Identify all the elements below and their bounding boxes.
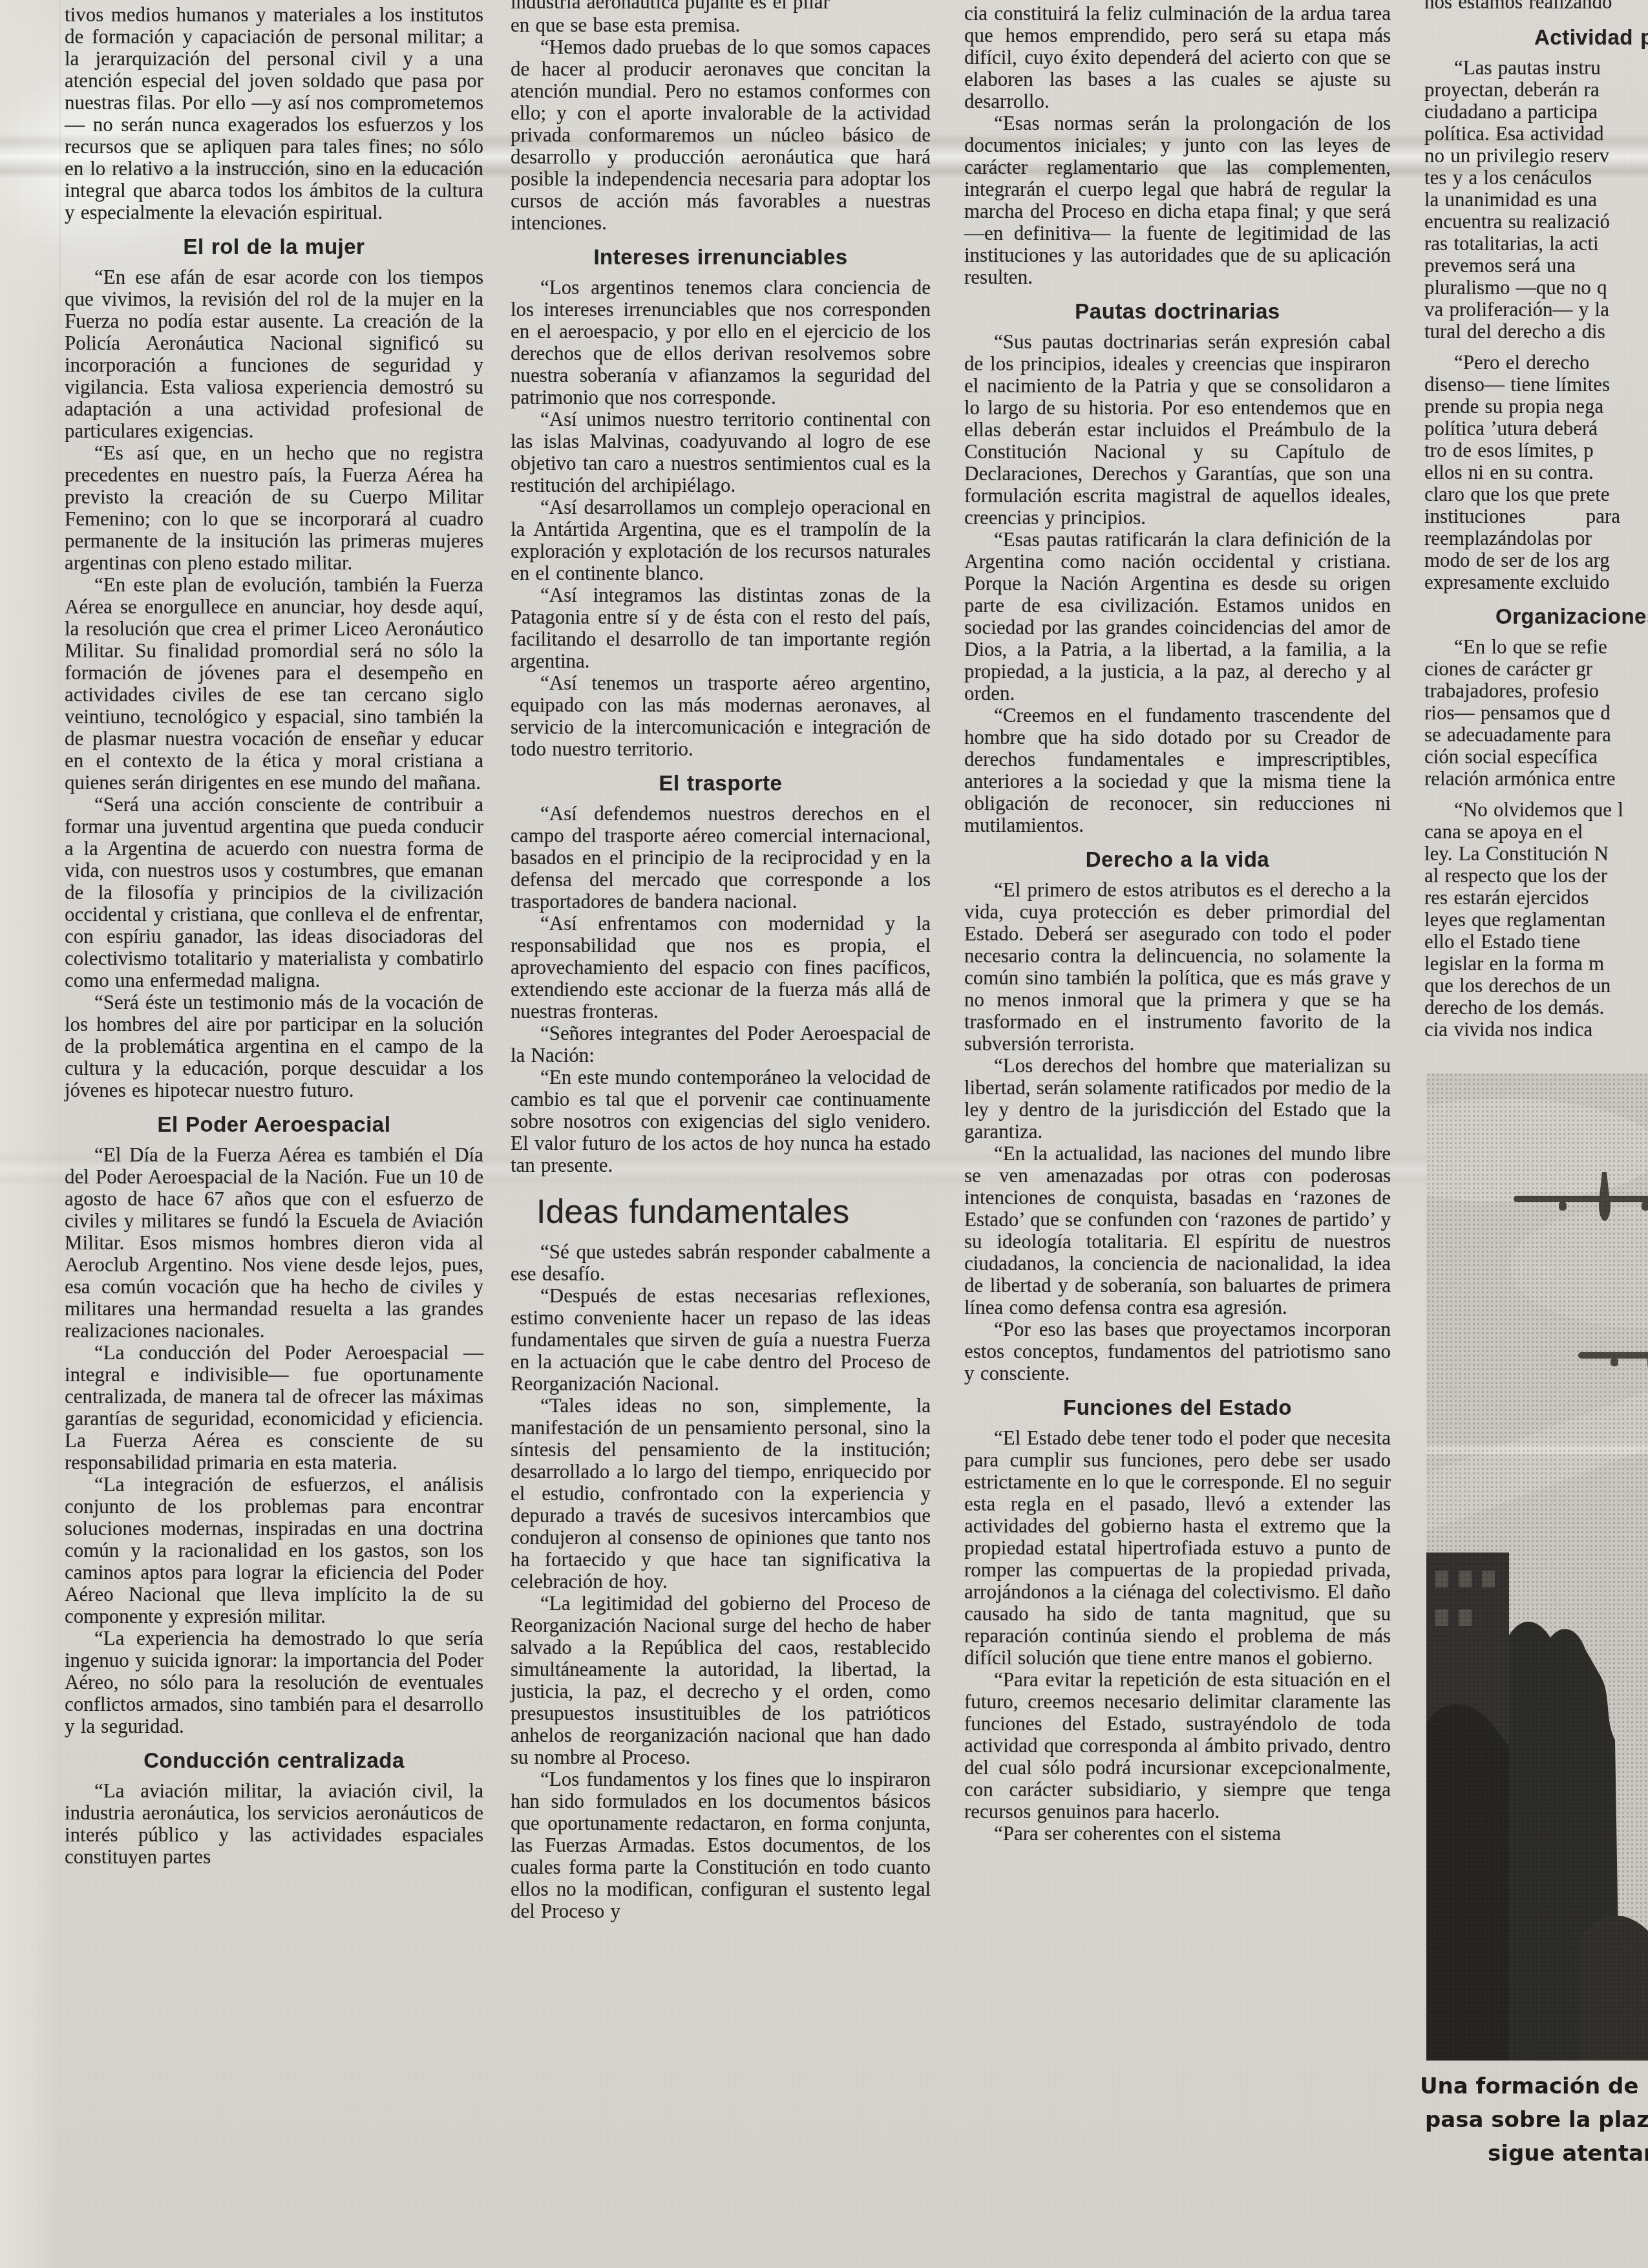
clipped-line: ciudadano a participa bbox=[1424, 101, 1648, 123]
clipped-line: legislar en la forma m bbox=[1424, 953, 1648, 975]
clipped-line: tural del derecho a dis bbox=[1424, 321, 1648, 343]
clipped-line: ciones de carácter gr bbox=[1424, 658, 1648, 680]
paragraph: “Así unimos nuestro territorio continent… bbox=[511, 408, 931, 496]
photo-caption-line: sigue atentamen bbox=[1488, 2137, 1648, 2170]
paragraph: “Por eso las bases que proyectamos incor… bbox=[964, 1319, 1391, 1384]
section-heading: El trasporte bbox=[511, 770, 931, 796]
paragraph: “Tales ideas no son, simplemente, la man… bbox=[511, 1395, 931, 1593]
clipped-line: trabajadores, profesio bbox=[1424, 680, 1648, 702]
photo-caption-line: Una formación de IA-5 bbox=[1420, 2070, 1648, 2103]
photo-caption: Una formación de IA-5 pasa sobre la plaz… bbox=[1420, 2070, 1648, 2170]
clipped-line: ley. La Constitución N bbox=[1424, 843, 1648, 865]
paragraph: “Para ser coherentes con el sistema bbox=[964, 1823, 1391, 1845]
clipped-line: política. Esa actividad bbox=[1424, 123, 1648, 145]
clipped-line: “Pero el derecho bbox=[1424, 352, 1648, 374]
article-subheadline: Ideas fundamentales bbox=[511, 1193, 931, 1231]
clipped-top-line: nos estamos realizando bbox=[1424, 0, 1648, 14]
paragraph: “Así integramos las distintas zonas de l… bbox=[511, 584, 931, 672]
clipped-line: la unanimidad es una bbox=[1424, 189, 1648, 211]
paragraph: “En ese afán de esar acorde con los tiem… bbox=[65, 266, 483, 442]
paragraph: “Será éste un testimonio más de la vocac… bbox=[65, 991, 483, 1101]
clipped-line: expresamente excluido bbox=[1424, 571, 1648, 593]
section-heading: Conducción centralizada bbox=[65, 1748, 483, 1774]
clipped-line: relación armónica entre bbox=[1424, 768, 1648, 790]
paragraph: “Así tenemos un trasporte aéreo argentin… bbox=[511, 672, 931, 760]
article-column-4: nos estamos realizandoActividad p“Las pa… bbox=[1424, 0, 1648, 1060]
section-heading: Organizaciones bbox=[1424, 604, 1648, 630]
clipped-top-line: industria aeronáutica pujante es el pila… bbox=[511, 0, 931, 14]
clipped-line: res estarán ejercidos bbox=[1424, 887, 1648, 909]
section-heading: El rol de la mujer bbox=[65, 234, 483, 260]
paragraph-gap bbox=[1424, 343, 1648, 352]
paragraph-continuation: cia constituirá la feliz culminación de … bbox=[964, 3, 1391, 112]
clipped-line: no un privilegio reserv bbox=[1424, 145, 1648, 167]
paragraph: “Los argentinos tenemos clara conciencia… bbox=[511, 277, 931, 408]
paragraph: “Señores integrantes del Poder Aeroespac… bbox=[511, 1023, 931, 1066]
paragraph-continuation: tivos medios humanos y materiales a los … bbox=[65, 4, 483, 224]
section-heading: Funciones del Estado bbox=[964, 1395, 1391, 1421]
clipped-line: ellos ni en su contra. bbox=[1424, 461, 1648, 483]
paragraph: “Esas normas serán la prolongación de lo… bbox=[964, 112, 1391, 288]
clipped-line: prevemos será una bbox=[1424, 255, 1648, 277]
paragraph: “Creemos en el fundamento trascendente d… bbox=[964, 705, 1391, 836]
clipped-line: ción social específica bbox=[1424, 746, 1648, 768]
clipped-line: al respecto que los der bbox=[1424, 865, 1648, 887]
paragraph: “El Estado debe tener todo el poder que … bbox=[964, 1427, 1391, 1669]
paragraph: “Los derechos del hombre que materializa… bbox=[964, 1055, 1391, 1143]
paragraph: “Sus pautas doctrinarias serán expresión… bbox=[964, 331, 1391, 529]
paragraph: “La conducción del Poder Aeroespacial —i… bbox=[65, 1342, 483, 1474]
paragraph: “Sé que ustedes sabrán responder cabalme… bbox=[511, 1241, 931, 1285]
article-column-2: industria aeronáutica pujante es el pila… bbox=[511, 0, 931, 1922]
paragraph-last-line: en que se base esta premisa. bbox=[511, 14, 931, 36]
clipped-line: prende su propia nega bbox=[1424, 396, 1648, 418]
clipped-line: encuentra su realizació bbox=[1424, 211, 1648, 233]
article-column-3: cia constituirá la feliz culminación de … bbox=[964, 3, 1391, 1845]
clipped-line: modo de ser de los arg bbox=[1424, 549, 1648, 571]
clipped-line: reemplazándolas por bbox=[1424, 527, 1648, 549]
clipped-line: “No olvidemos que l bbox=[1424, 799, 1648, 821]
paragraph: “La experiencia ha demostrado lo que ser… bbox=[65, 1627, 483, 1737]
clipped-line: “En lo que se refie bbox=[1424, 636, 1648, 658]
paragraph: “Esas pautas ratificarán la clara defini… bbox=[964, 529, 1391, 705]
paragraph: “En la actualidad, las naciones del mund… bbox=[964, 1143, 1391, 1319]
clipped-line: política ’utura deberá bbox=[1424, 418, 1648, 440]
clipped-line: va proliferación— y la bbox=[1424, 299, 1648, 321]
paragraph: “El Día de la Fuerza Aérea es también el… bbox=[65, 1144, 483, 1342]
paragraph: “Será una acción consciente de contribui… bbox=[65, 794, 483, 991]
clipped-line: tro de esos límites, p bbox=[1424, 440, 1648, 461]
paragraph: “La integración de esfuerzos, el análisi… bbox=[65, 1474, 483, 1627]
clipped-line: disenso— tiene límites bbox=[1424, 374, 1648, 396]
clipped-top-line-text: nos estamos realizando bbox=[1424, 0, 1648, 13]
halftone-texture bbox=[1426, 1073, 1648, 2061]
clipped-top-line-text: industria aeronáutica pujante es el pila… bbox=[511, 0, 931, 13]
clipped-line: claro que los que prete bbox=[1424, 483, 1648, 505]
clipped-line: leyes que reglamentan bbox=[1424, 909, 1648, 931]
aircraft-formation-photo bbox=[1426, 1073, 1648, 2061]
paragraph: “Después de estas necesarias reflexiones… bbox=[511, 1285, 931, 1395]
section-heading: Actividad p bbox=[1424, 25, 1648, 50]
clipped-line: proyectan, deberán ra bbox=[1424, 79, 1648, 101]
clipped-line: cana se apoya en el bbox=[1424, 821, 1648, 843]
section-heading: Intereses irrenunciables bbox=[511, 244, 931, 270]
clipped-line: tes y a los cenáculos bbox=[1424, 167, 1648, 189]
clipped-line: instituciones para bbox=[1424, 505, 1648, 527]
section-heading: El Poder Aeroespacial bbox=[65, 1112, 483, 1138]
page-fold-left-edge bbox=[0, 0, 61, 2268]
paragraph: “Los fundamentos y los fines que lo insp… bbox=[511, 1768, 931, 1922]
clipped-line: derecho de los demás. bbox=[1424, 997, 1648, 1019]
paragraph: “La aviación militar, la aviación civil,… bbox=[65, 1780, 483, 1868]
section-heading: Pautas doctrinarias bbox=[964, 299, 1391, 324]
paragraph: “La legitimidad del gobierno del Proceso… bbox=[511, 1593, 931, 1768]
paragraph: “Hemos dado pruebas de lo que somos capa… bbox=[511, 36, 931, 234]
newspaper-page: tivos medios humanos y materiales a los … bbox=[0, 0, 1648, 2268]
clipped-line: ello el Estado tiene bbox=[1424, 931, 1648, 953]
article-column-1: tivos medios humanos y materiales a los … bbox=[65, 4, 483, 1868]
paragraph: “Así desarrollamos un complejo operacion… bbox=[511, 496, 931, 584]
paragraph: “El primero de estos atributos es el der… bbox=[964, 879, 1391, 1055]
paragraph: “Es así que, en un hecho que no registra… bbox=[65, 442, 483, 574]
clipped-line: cia vivida nos indica bbox=[1424, 1019, 1648, 1041]
paragraph: “Así enfrentamos con modernidad y la res… bbox=[511, 913, 931, 1023]
paragraph: “En este plan de evolución, también la F… bbox=[65, 574, 483, 794]
clipped-line: se adecuadamente para bbox=[1424, 724, 1648, 746]
paragraph-gap bbox=[1424, 790, 1648, 799]
paragraph: “Para evitar la repetición de esta situa… bbox=[964, 1669, 1391, 1823]
paragraph: “En este mundo contemporáneo la velocida… bbox=[511, 1066, 931, 1176]
clipped-line: “Las pautas instru bbox=[1424, 57, 1648, 79]
clipped-line: rios— pensamos que d bbox=[1424, 702, 1648, 724]
paragraph: “Así defendemos nuestros derechos en el … bbox=[511, 803, 931, 913]
clipped-line: ras totalitarias, la acti bbox=[1424, 233, 1648, 255]
clipped-line: pluralismo —que no q bbox=[1424, 277, 1648, 299]
photo-caption-line: pasa sobre la plaza bbox=[1425, 2103, 1648, 2137]
clipped-line: que los derechos de un bbox=[1424, 975, 1648, 997]
section-heading: Derecho a la vida bbox=[964, 847, 1391, 873]
